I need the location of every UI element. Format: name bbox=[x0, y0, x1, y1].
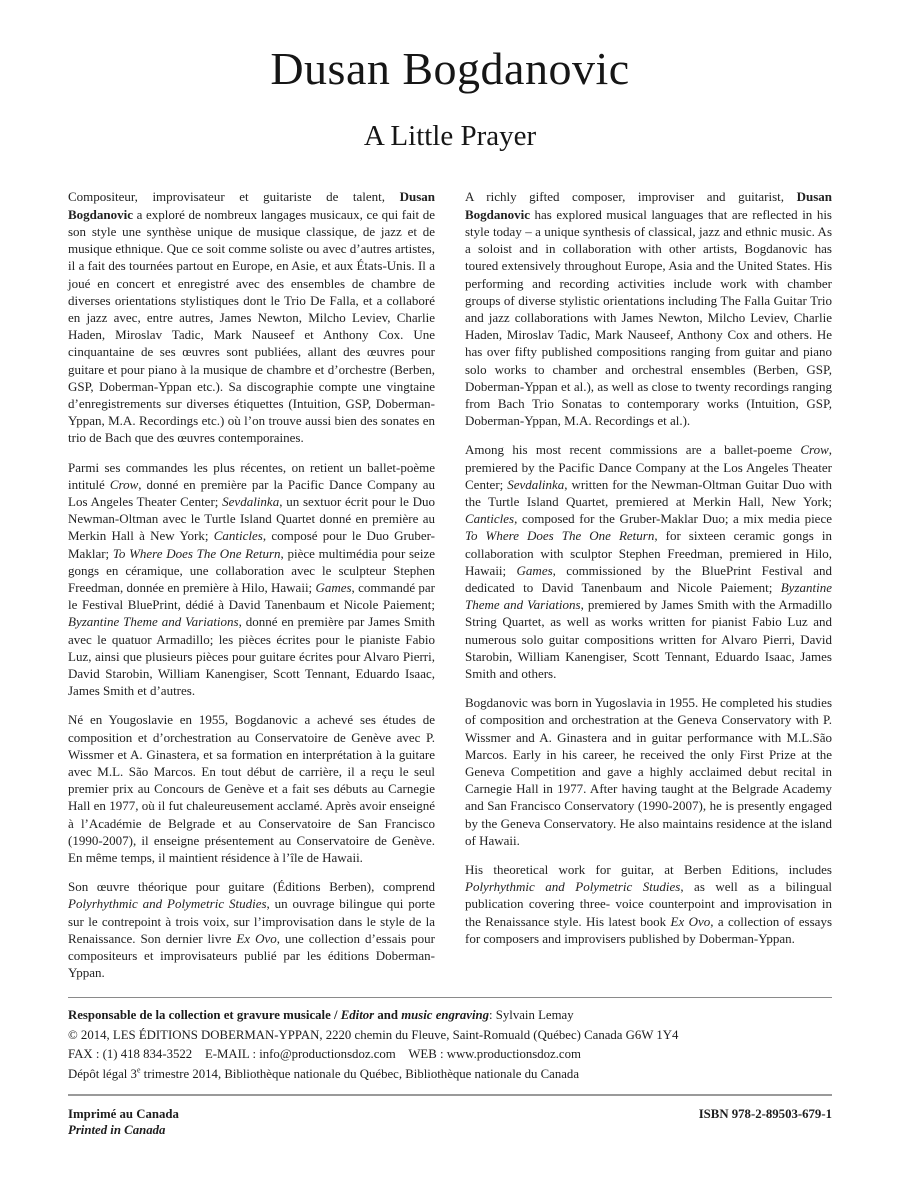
column-french: Compositeur, improvisateur et guitariste… bbox=[68, 188, 435, 993]
legal-deposit-line: Dépôt légal 3e trimestre 2014, Bibliothè… bbox=[68, 1065, 832, 1085]
contact-line: FAX : (1) 418 834-3522 E-MAIL : info@pro… bbox=[68, 1045, 832, 1065]
paragraph: A richly gifted composer, improviser and… bbox=[465, 188, 832, 429]
printed-en-label: Printed in Canada bbox=[68, 1122, 179, 1138]
editor-credit-line: Responsable de la collection et gravure … bbox=[68, 1006, 832, 1026]
paragraph: Né en Yougoslavie en 1955, Bogdanovic a … bbox=[68, 711, 435, 866]
biography-columns: Compositeur, improvisateur et guitariste… bbox=[68, 188, 832, 993]
paragraph: Among his most recent commissions are a … bbox=[465, 441, 832, 682]
printed-fr-label: Imprimé au Canada bbox=[68, 1106, 179, 1122]
work-title: A Little Prayer bbox=[68, 121, 832, 153]
printed-in-canada: Imprimé au Canada Printed in Canada bbox=[68, 1106, 179, 1138]
copyright-line: © 2014, LES ÉDITIONS DOBERMAN-YPPAN, 222… bbox=[68, 1026, 832, 1046]
page-title: Dusan Bogdanovic bbox=[68, 44, 832, 95]
footer-divider bbox=[68, 997, 832, 998]
paragraph: Compositeur, improvisateur et guitariste… bbox=[68, 188, 435, 446]
bottom-divider bbox=[68, 1094, 832, 1096]
print-info-row: Imprimé au Canada Printed in Canada ISBN… bbox=[68, 1106, 832, 1138]
paragraph: His theoretical work for guitar, at Berb… bbox=[465, 861, 832, 947]
paragraph: Son œuvre théorique pour guitare (Éditio… bbox=[68, 878, 435, 981]
biography-page: Dusan Bogdanovic A Little Prayer Composi… bbox=[0, 0, 900, 1200]
paragraph: Parmi ses commandes les plus récentes, o… bbox=[68, 459, 435, 700]
paragraph: Bogdanovic was born in Yugoslavia in 195… bbox=[465, 694, 832, 849]
isbn-number: ISBN 978-2-89503-679-1 bbox=[699, 1106, 832, 1122]
publisher-footer: Responsable de la collection et gravure … bbox=[68, 1006, 832, 1084]
column-english: A richly gifted composer, improviser and… bbox=[465, 188, 832, 993]
